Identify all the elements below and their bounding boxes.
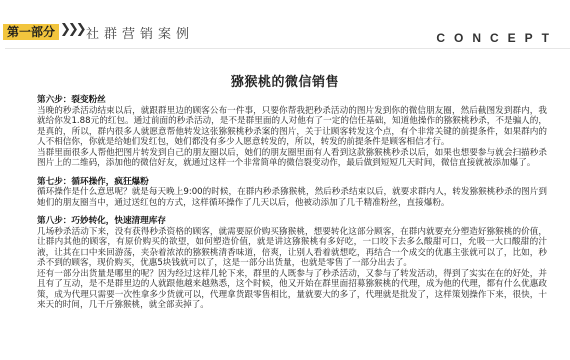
- step-paragraph: 当晚的秒杀活动结束以后，就跟群里边的顾客公布一件事，只要你帮我把秒杀活动的图片发…: [37, 106, 547, 148]
- document-body: 第六步：裂变粉丝 当晚的秒杀活动结束以后，就跟群里边的顾客公布一件事，只要你帮我…: [37, 95, 547, 319]
- section-title: 社群营销案例: [86, 23, 194, 42]
- page-header: 第一部分 ❯❯❯ 社群营销案例 CONCEPT: [0, 0, 570, 48]
- step-6: 第六步：裂变粉丝 当晚的秒杀活动结束以后，就跟群里边的顾客公布一件事，只要你帮我…: [37, 95, 547, 169]
- part-badge: 第一部分: [3, 24, 59, 40]
- step-heading: 第八步：巧妙转化，快速清理库存: [37, 216, 547, 227]
- chevron-right-icon: ❯❯❯: [60, 22, 84, 37]
- step-paragraph: 循环操作是什么意思呢？就是每天晚上9:00的时候，在群内秒杀猕猴桃，然后秒杀结束…: [37, 187, 547, 208]
- step-paragraph: 还有一部分出货量是哪里的呢？因为经过这样几轮下来，群里的人既参与了秒杀活动，又参…: [37, 269, 547, 311]
- document-title: 猕猴桃的微信销售: [0, 71, 570, 90]
- step-paragraph: 几场秒杀活动下来，没有获得秒杀资格的顾客，就需要原价购买猕猴桃，想要转化这部分顾…: [37, 227, 547, 269]
- header-divider: [5, 48, 570, 49]
- step-paragraph: 当群里面很多人帮他把图片转发到自己的朋友圈以后，她们的朋友圈里面有人看到这款猕猴…: [37, 148, 547, 169]
- concept-label: CONCEPT: [436, 31, 558, 45]
- step-8: 第八步：巧妙转化，快速清理库存 几场秒杀活动下来，没有获得秒杀资格的顾客，就需要…: [37, 216, 547, 311]
- step-7: 第七步：循环操作，疯狂爆粉 循环操作是什么意思呢？就是每天晚上9:00的时候，在…: [37, 177, 547, 209]
- step-heading: 第七步：循环操作，疯狂爆粉: [37, 177, 547, 188]
- step-heading: 第六步：裂变粉丝: [37, 95, 547, 106]
